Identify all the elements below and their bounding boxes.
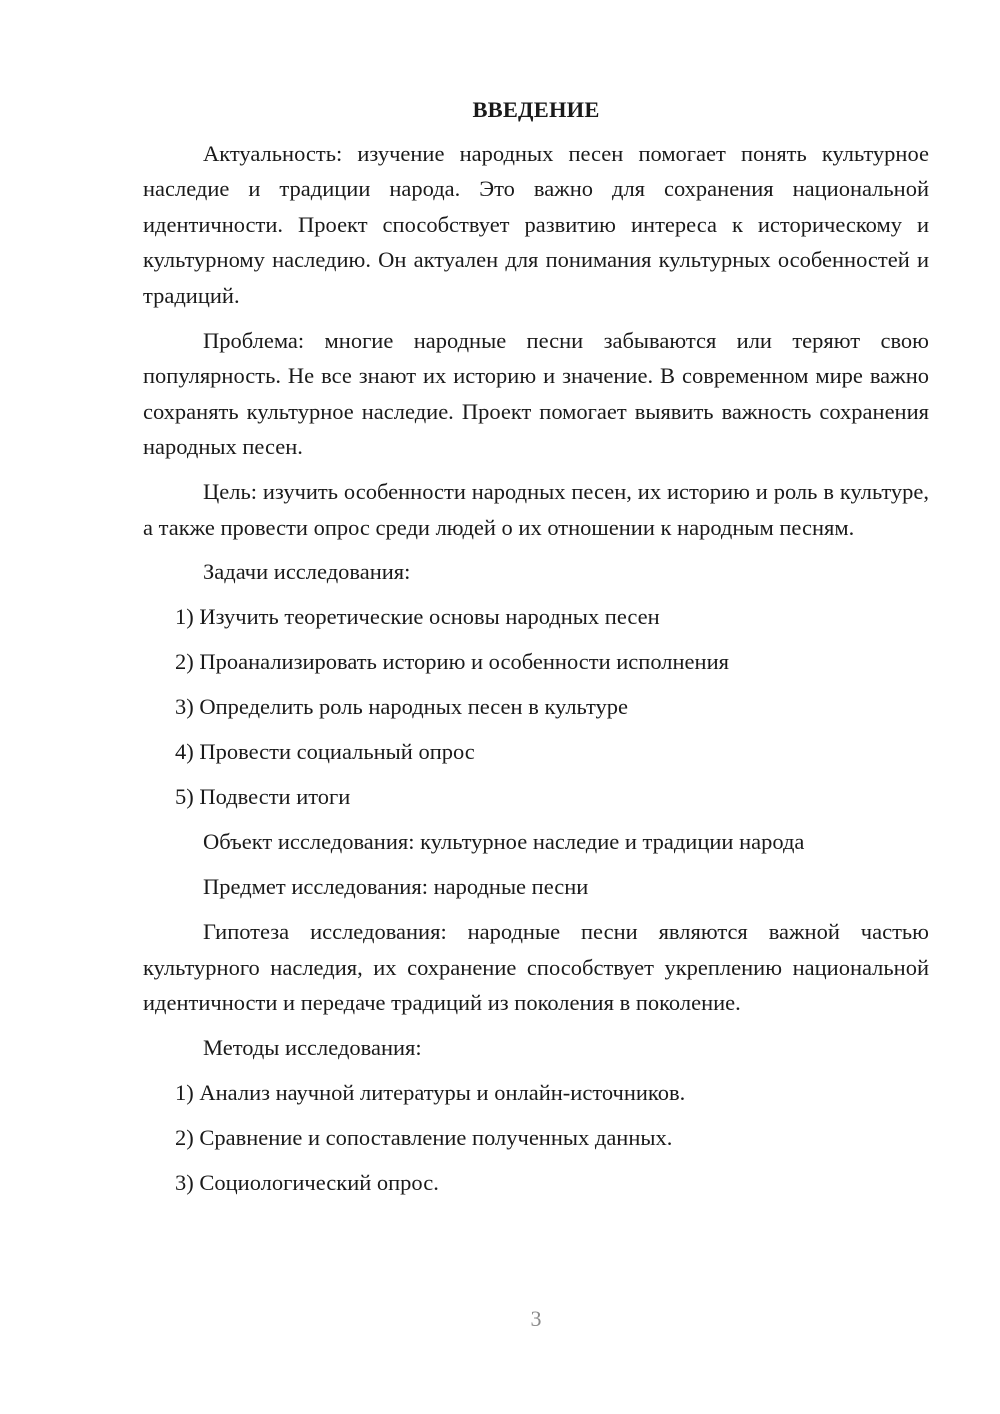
section-title: ВВЕДЕНИЕ [143,92,929,128]
research-object: Объект исследования: культурное наследие… [143,824,929,860]
task-item: 2) Проанализировать историю и особенност… [143,644,929,680]
goal-paragraph: Цель: изучить особенности народных песен… [143,474,929,545]
task-item: 1) Изучить теоретические основы народных… [143,599,929,635]
page-number: 3 [0,1306,1000,1332]
method-item: 2) Сравнение и сопоставление полученных … [143,1120,929,1156]
task-item: 3) Определить роль народных песен в куль… [143,689,929,725]
problem-paragraph: Проблема: многие народные песни забывают… [143,323,929,465]
methods-heading: Методы исследования: [143,1030,929,1066]
tasks-heading: Задачи исследования: [143,554,929,590]
document-page: ВВЕДЕНИЕ Актуальность: изучение народных… [143,92,929,1210]
task-item: 4) Провести социальный опрос [143,734,929,770]
research-subject: Предмет исследования: народные песни [143,869,929,905]
relevance-paragraph: Актуальность: изучение народных песен по… [143,136,929,314]
method-item: 3) Социологический опрос. [143,1165,929,1201]
hypothesis-paragraph: Гипотеза исследования: народные песни яв… [143,914,929,1021]
method-item: 1) Анализ научной литературы и онлайн-ис… [143,1075,929,1111]
task-item: 5) Подвести итоги [143,779,929,815]
